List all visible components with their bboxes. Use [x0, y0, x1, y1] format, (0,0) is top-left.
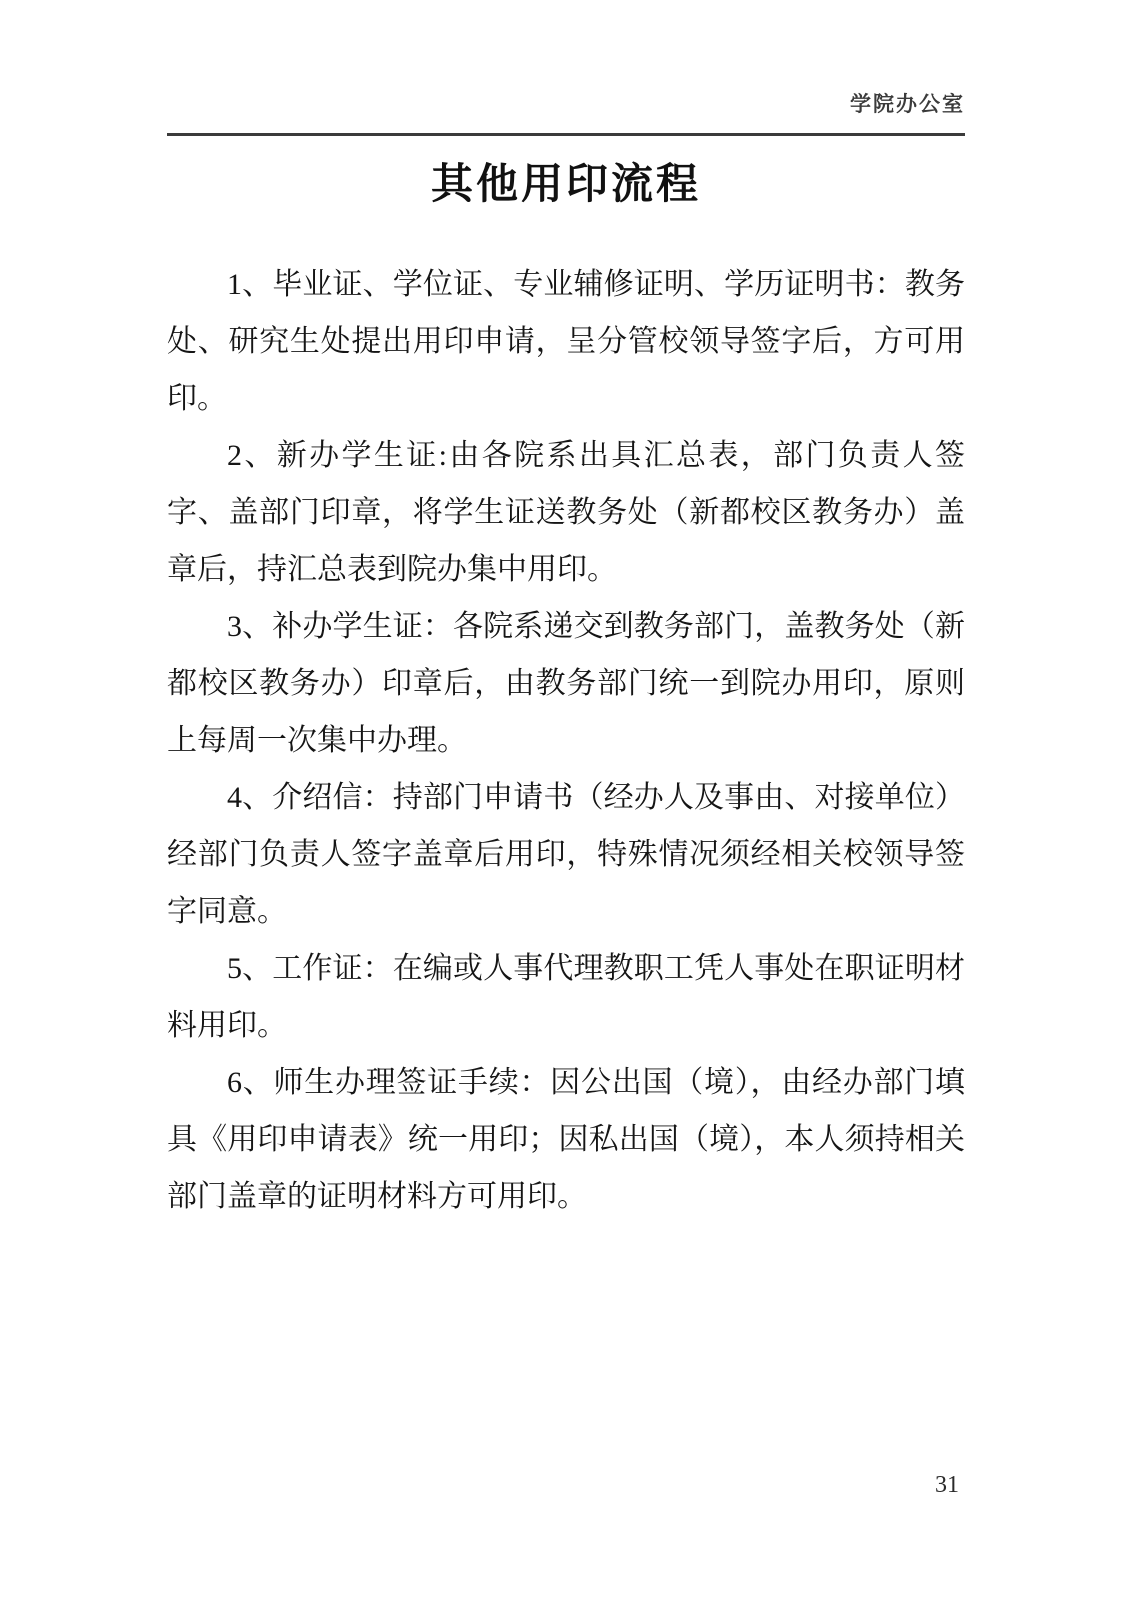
- paragraph-3: 3、补办学生证：各院系递交到教务部门，盖教务处（新都校区教务办）印章后，由教务部…: [167, 598, 965, 769]
- document-page: 学院办公室 其他用印流程 1、毕业证、学位证、专业辅修证明、学历证明书：教务处、…: [0, 0, 1131, 1600]
- content-area: 学院办公室 其他用印流程 1、毕业证、学位证、专业辅修证明、学历证明书：教务处、…: [167, 0, 965, 1225]
- document-title: 其他用印流程: [167, 151, 965, 211]
- page-header: 学院办公室: [167, 0, 965, 136]
- paragraph-4: 4、介绍信：持部门申请书（经办人及事由、对接单位）经部门负责人签字盖章后用印，特…: [167, 769, 965, 940]
- paragraph-6: 6、师生办理签证手续：因公出国（境），由经办部门填具《用印申请表》统一用印；因私…: [167, 1054, 965, 1225]
- paragraph-2: 2、新办学生证:由各院系出具汇总表，部门负责人签字、盖部门印章，将学生证送教务处…: [167, 427, 965, 598]
- page-number: 31: [935, 1472, 959, 1499]
- paragraph-1: 1、毕业证、学位证、专业辅修证明、学历证明书：教务处、研究生处提出用印申请，呈分…: [167, 256, 965, 427]
- paragraph-5: 5、工作证：在编或人事代理教职工凭人事处在职证明材料用印。: [167, 940, 965, 1054]
- header-department-label: 学院办公室: [850, 93, 965, 116]
- document-body: 1、毕业证、学位证、专业辅修证明、学历证明书：教务处、研究生处提出用印申请，呈分…: [167, 256, 965, 1225]
